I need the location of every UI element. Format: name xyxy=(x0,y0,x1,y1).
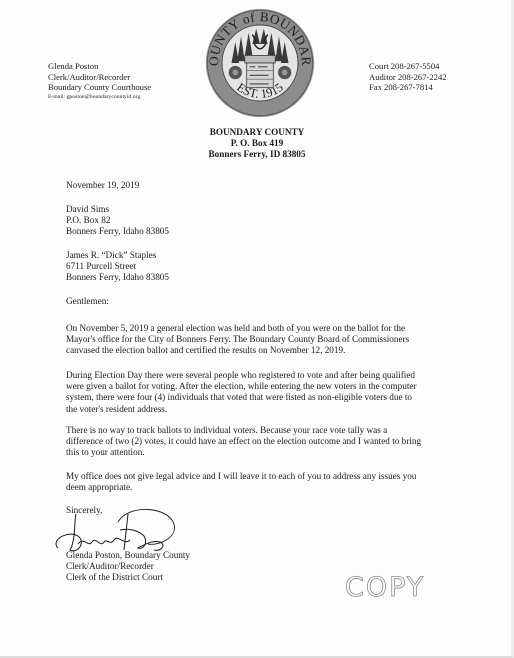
paragraph-line: Mayor's office for the City of Bonners F… xyxy=(66,334,486,345)
county-city: Bonners Ferry, ID 83805 xyxy=(0,149,514,160)
letter-page: Glenda Poston Clerk/Auditor/Recorder Bou… xyxy=(0,0,514,658)
paragraph-line: My office does not give legal advice and… xyxy=(66,471,486,482)
paragraph: There is no way to track ballots to indi… xyxy=(66,425,486,459)
letterhead-contacts: Court 208-267-5504 Auditor 208-267-2242 … xyxy=(369,61,447,93)
recipient-name: David Sims xyxy=(66,204,486,215)
signer-title: Clerk/Auditor/Recorder xyxy=(66,561,486,572)
paragraph-line: During Election Day there were several p… xyxy=(66,370,486,381)
paragraph-line: the voter's resident address. xyxy=(66,404,486,415)
paragraph-line: There is no way to track ballots to indi… xyxy=(66,425,486,436)
paragraph: During Election Day there were several p… xyxy=(66,370,486,415)
recipient-city: Bonners Ferry, Idaho 83805 xyxy=(66,272,486,283)
recipient-address: James R. “Dick” Staples 6711 Purcell Str… xyxy=(66,250,486,284)
recipient-address: David Sims P.O. Box 82 Bonners Ferry, Id… xyxy=(66,204,486,238)
paragraph: On November 5, 2019 a general election w… xyxy=(66,323,486,357)
recipient-name: James R. “Dick” Staples xyxy=(66,250,486,261)
salutation: Gentlemen: xyxy=(66,296,486,307)
paragraph-line: deem appropriate. xyxy=(66,482,486,493)
sender-name: Glenda Poston xyxy=(48,61,151,72)
signer-name: Glenda Poston, Boundary County xyxy=(66,550,486,561)
recipient-city: Bonners Ferry, Idaho 83805 xyxy=(66,226,486,237)
sender-title: Clerk/Auditor/Recorder xyxy=(48,72,151,83)
county-name: BOUNDARY COUNTY xyxy=(0,127,514,138)
copy-stamp: COPY xyxy=(345,572,425,603)
county-address: BOUNDARY COUNTY P. O. Box 419 Bonners Fe… xyxy=(0,127,514,159)
letterhead-sender: Glenda Poston Clerk/Auditor/Recorder Bou… xyxy=(48,61,151,101)
paragraph-line: On November 5, 2019 a general election w… xyxy=(66,323,486,334)
recipient-street: 6711 Purcell Street xyxy=(66,261,486,272)
paragraph: My office does not give legal advice and… xyxy=(66,471,486,493)
county-po-box: P. O. Box 419 xyxy=(0,138,514,149)
paragraph-line: canvased the election ballot and certifi… xyxy=(66,345,486,356)
paragraph-line: this to your attention. xyxy=(66,447,486,458)
sender-email: E-mail: gposton@boundarycountyid.org xyxy=(48,93,151,101)
court-phone: Court 208-267-5504 xyxy=(369,61,447,72)
fax-number: Fax 208-267-7814 xyxy=(369,82,447,93)
paragraph-line: were given a ballot for voting. After th… xyxy=(66,381,486,392)
recipient-street: P.O. Box 82 xyxy=(66,215,486,226)
county-seal-icon: COUNTY of BOUNDARY EST. 1915 xyxy=(203,6,317,120)
sender-office: Boundary County Courthouse xyxy=(48,82,151,93)
paragraph-line: system, there were four (4) individuals … xyxy=(66,392,486,403)
paragraph-line: difference of two (2) votes, it could ha… xyxy=(66,436,486,447)
letter-date: November 19, 2019 xyxy=(66,180,486,191)
auditor-phone: Auditor 208-267-2242 xyxy=(369,72,447,83)
